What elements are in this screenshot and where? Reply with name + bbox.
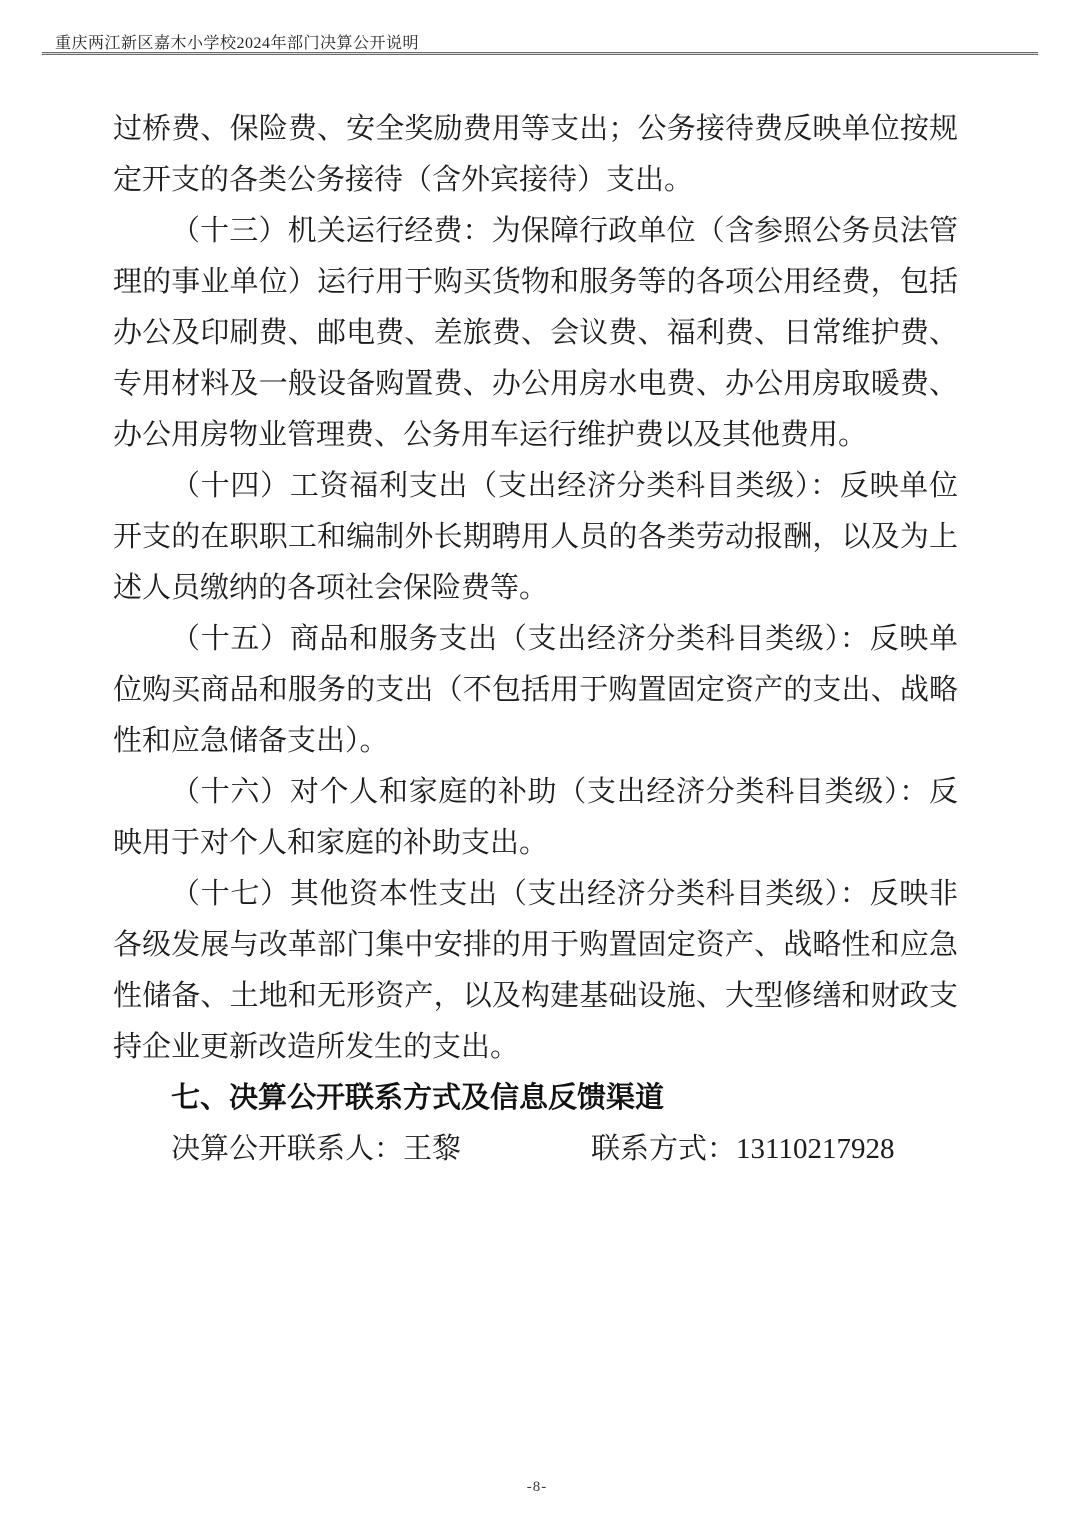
text-line: 性和应急储备支出）。 bbox=[113, 716, 958, 767]
text-line: （十六）对个人和家庭的补助（支出经济分类科目类级）：反 bbox=[113, 767, 958, 818]
text-line: 理的事业单位）运行用于购买货物和服务等的各项公用经费，包括 bbox=[113, 257, 958, 308]
text-line: 映用于对个人和家庭的补助支出。 bbox=[113, 818, 958, 869]
text-line: 办公及印刷费、邮电费、差旅费、会议费、福利费、日常维护费、 bbox=[113, 308, 958, 359]
text-line: 办公用房物业管理费、公务用车运行维护费以及其他费用。 bbox=[113, 410, 958, 461]
header-divider bbox=[42, 52, 1038, 55]
text-line: 位购买商品和服务的支出（不包括用于购置固定资产的支出、战略 bbox=[113, 665, 958, 716]
contact-phone: 联系方式：13110217928 bbox=[591, 1133, 894, 1165]
page-header-title: 重庆两江新区嘉木小学校2024年部门决算公开说明 bbox=[55, 30, 419, 53]
text-line: （十七）其他资本性支出（支出经济分类科目类级）：反映非 bbox=[113, 869, 958, 920]
section-heading: 七、决算公开联系方式及信息反馈渠道 bbox=[113, 1073, 958, 1124]
text-line: 性储备、土地和无形资产，以及构建基础设施、大型修缮和财政支 bbox=[113, 971, 958, 1022]
text-line: （十四）工资福利支出（支出经济分类科目类级）：反映单位 bbox=[113, 461, 958, 512]
text-line: 专用材料及一般设备购置费、办公用房水电费、办公用房取暖费、 bbox=[113, 359, 958, 410]
text-line: 开支的在职职工和编制外长期聘用人员的各类劳动报酬，以及为上 bbox=[113, 512, 958, 563]
text-line: 过桥费、保险费、安全奖励费用等支出；公务接待费反映单位按规 bbox=[113, 104, 958, 155]
document-page: 重庆两江新区嘉木小学校2024年部门决算公开说明 过桥费、保险费、安全奖励费用等… bbox=[0, 0, 1074, 1520]
paragraphs: 过桥费、保险费、安全奖励费用等支出；公务接待费反映单位按规定开支的各类公务接待（… bbox=[113, 104, 958, 1073]
text-line: （十五）商品和服务支出（支出经济分类科目类级）：反映单 bbox=[113, 614, 958, 665]
contact-line: 决算公开联系人：王黎联系方式：13110217928 bbox=[113, 1124, 958, 1175]
text-line: 各级发展与改革部门集中安排的用于购置固定资产、战略性和应急 bbox=[113, 920, 958, 971]
text-line: 述人员缴纳的各项社会保险费等。 bbox=[113, 563, 958, 614]
document-body: 过桥费、保险费、安全奖励费用等支出；公务接待费反映单位按规定开支的各类公务接待（… bbox=[113, 104, 958, 1175]
text-line: （十三）机关运行经费：为保障行政单位（含参照公务员法管 bbox=[113, 206, 958, 257]
page-number: -8- bbox=[0, 1479, 1074, 1496]
text-line: 定开支的各类公务接待（含外宾接待）支出。 bbox=[113, 155, 958, 206]
contact-person: 决算公开联系人：王黎 bbox=[171, 1133, 461, 1165]
text-line: 持企业更新改造所发生的支出。 bbox=[113, 1022, 958, 1073]
